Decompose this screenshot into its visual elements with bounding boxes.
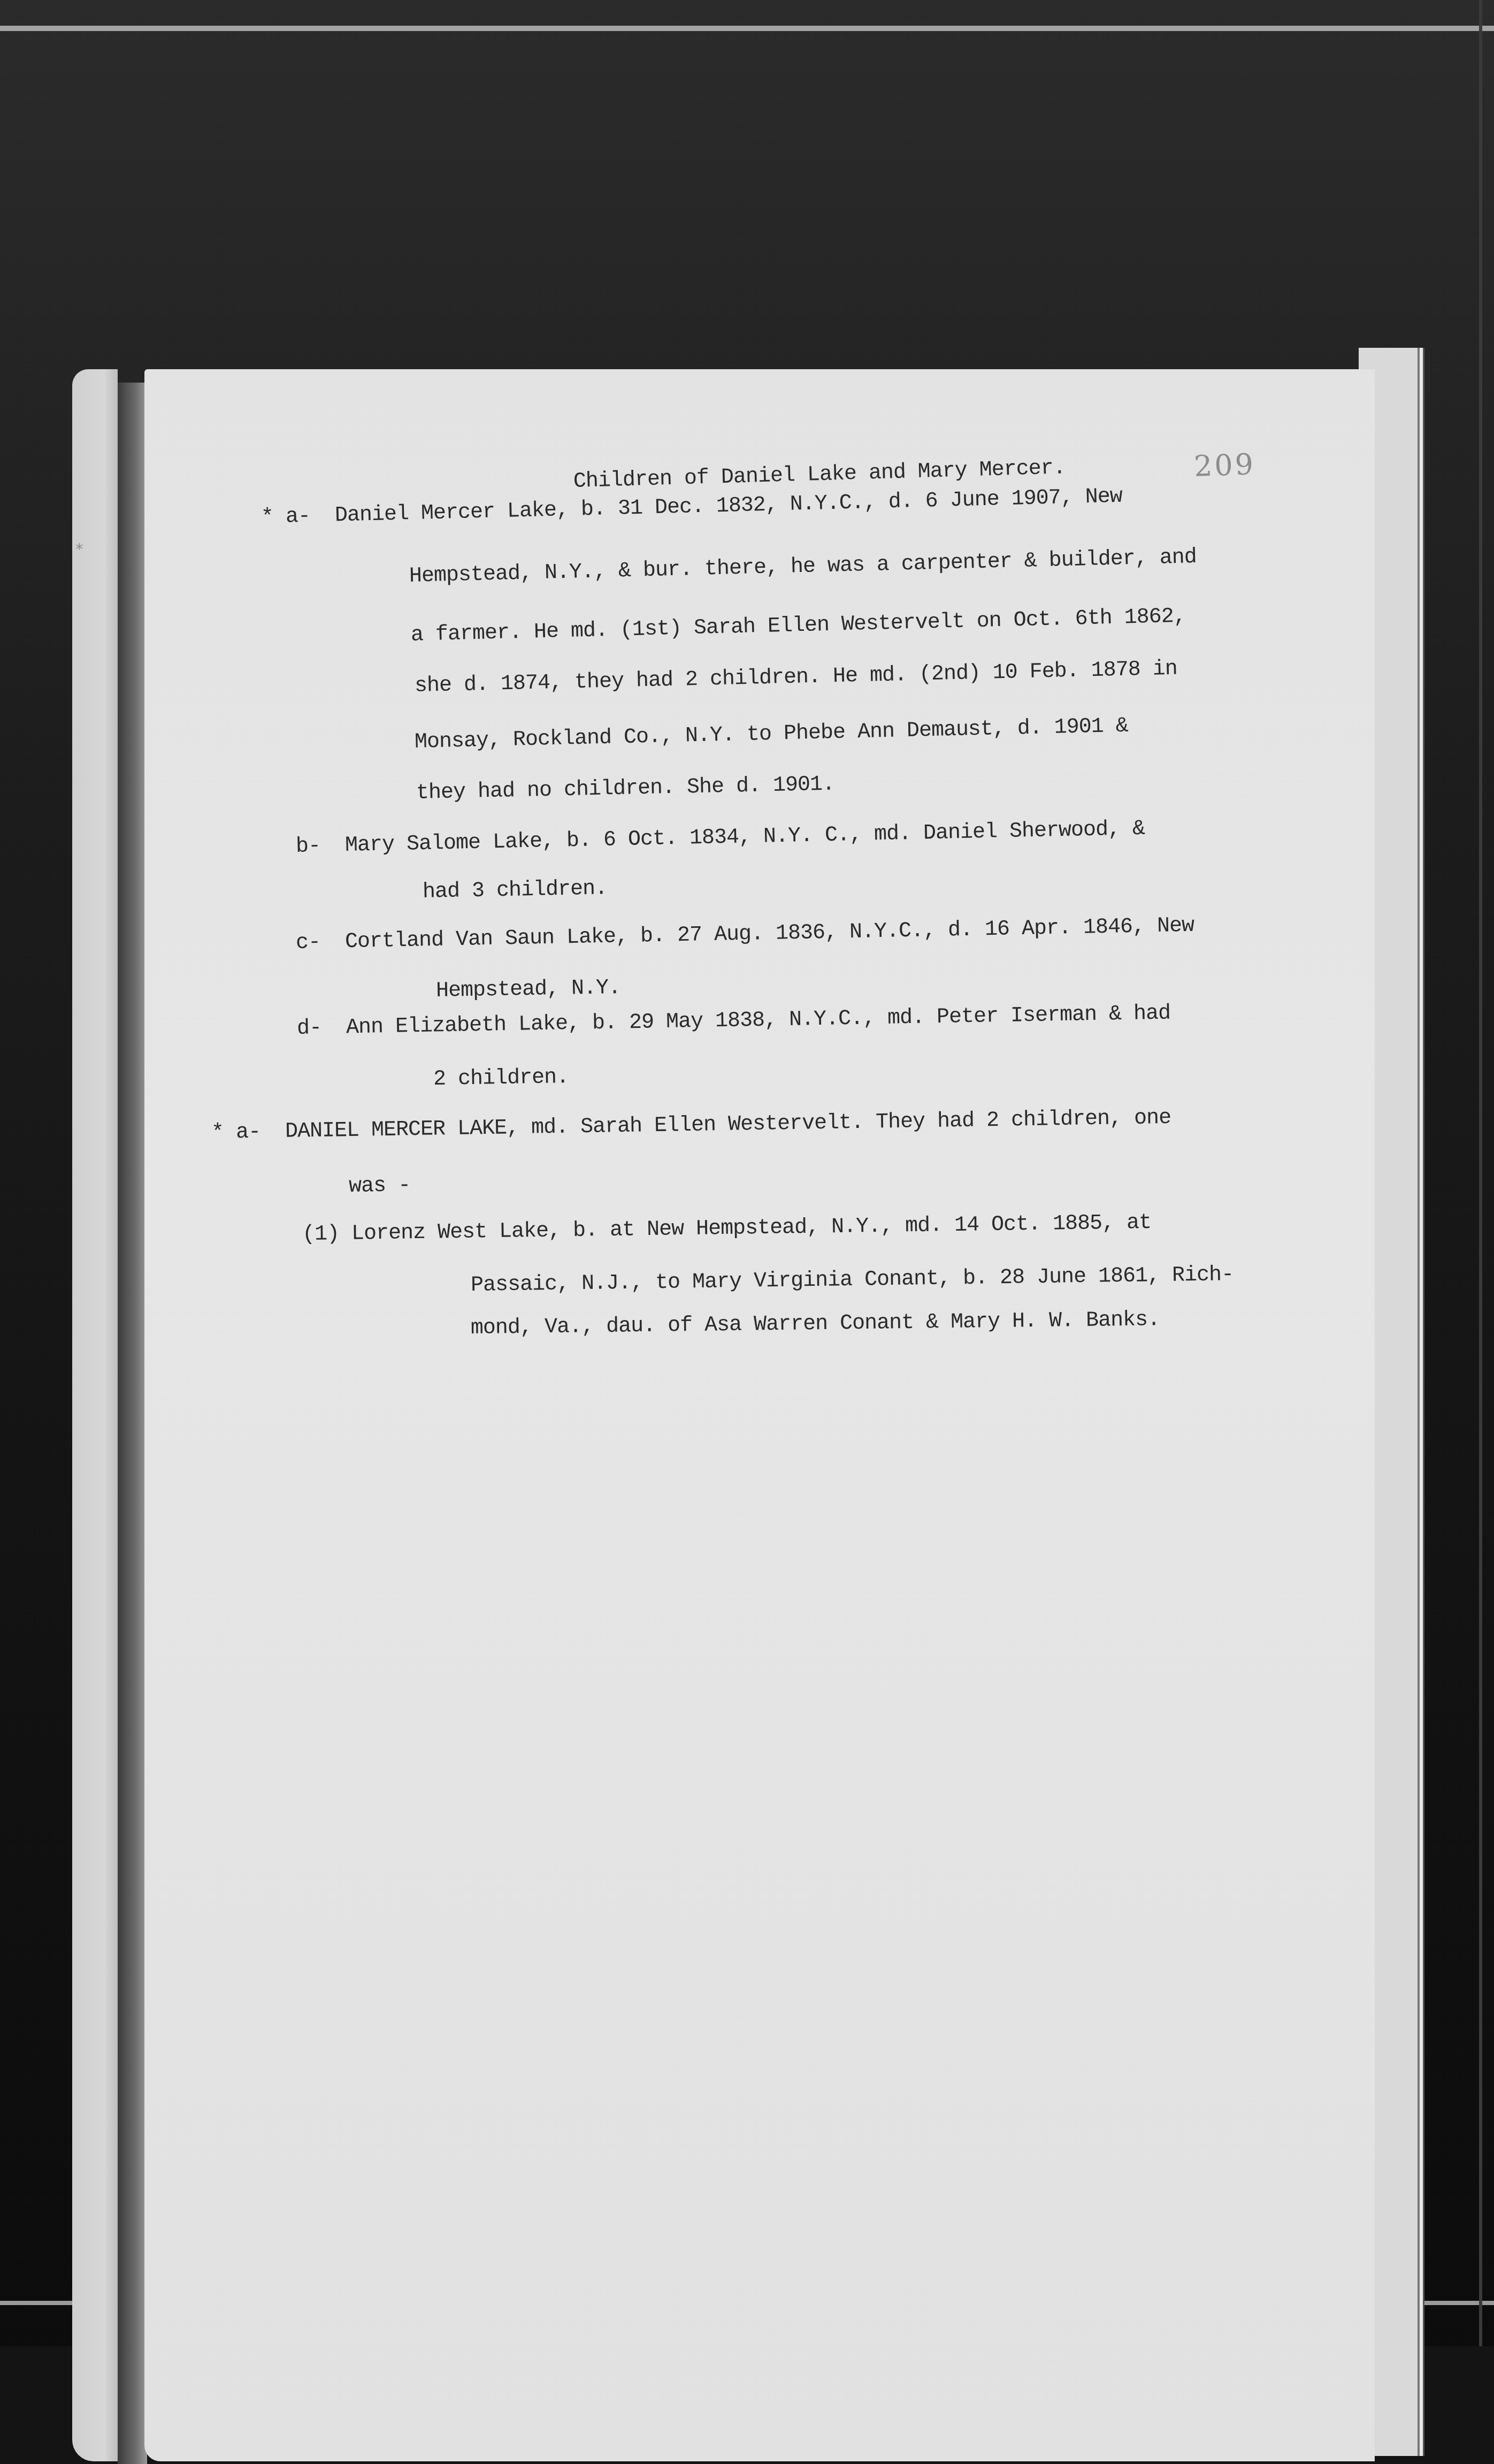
entry-marker: b-: [296, 834, 321, 859]
film-edge-top: [0, 26, 1494, 31]
entry-text: had 3 children.: [423, 876, 608, 904]
entry-text: was -: [349, 1173, 411, 1199]
entry-line: 2 children.: [433, 1065, 569, 1092]
entry-line: had 3 children.: [423, 876, 608, 904]
document-page: [144, 369, 1375, 2346]
entry-marker: * a-: [211, 1120, 261, 1145]
entry-marker: d-: [297, 1016, 322, 1041]
left-facing-page: [72, 369, 118, 2346]
entry-marker: c-: [296, 930, 321, 955]
book-gutter: [118, 383, 147, 2346]
left-page-asterisk: *: [75, 540, 84, 558]
entry-text: Hempstead, N.Y.: [436, 976, 621, 1003]
entry-line: was -: [349, 1173, 411, 1199]
page-number: 209: [1193, 447, 1256, 483]
entry-marker: * a-: [261, 505, 310, 530]
entry-text: 2 children.: [433, 1065, 569, 1092]
film-edge-right: [1479, 0, 1482, 2346]
entry-line: Hempstead, N.Y.: [436, 976, 621, 1003]
